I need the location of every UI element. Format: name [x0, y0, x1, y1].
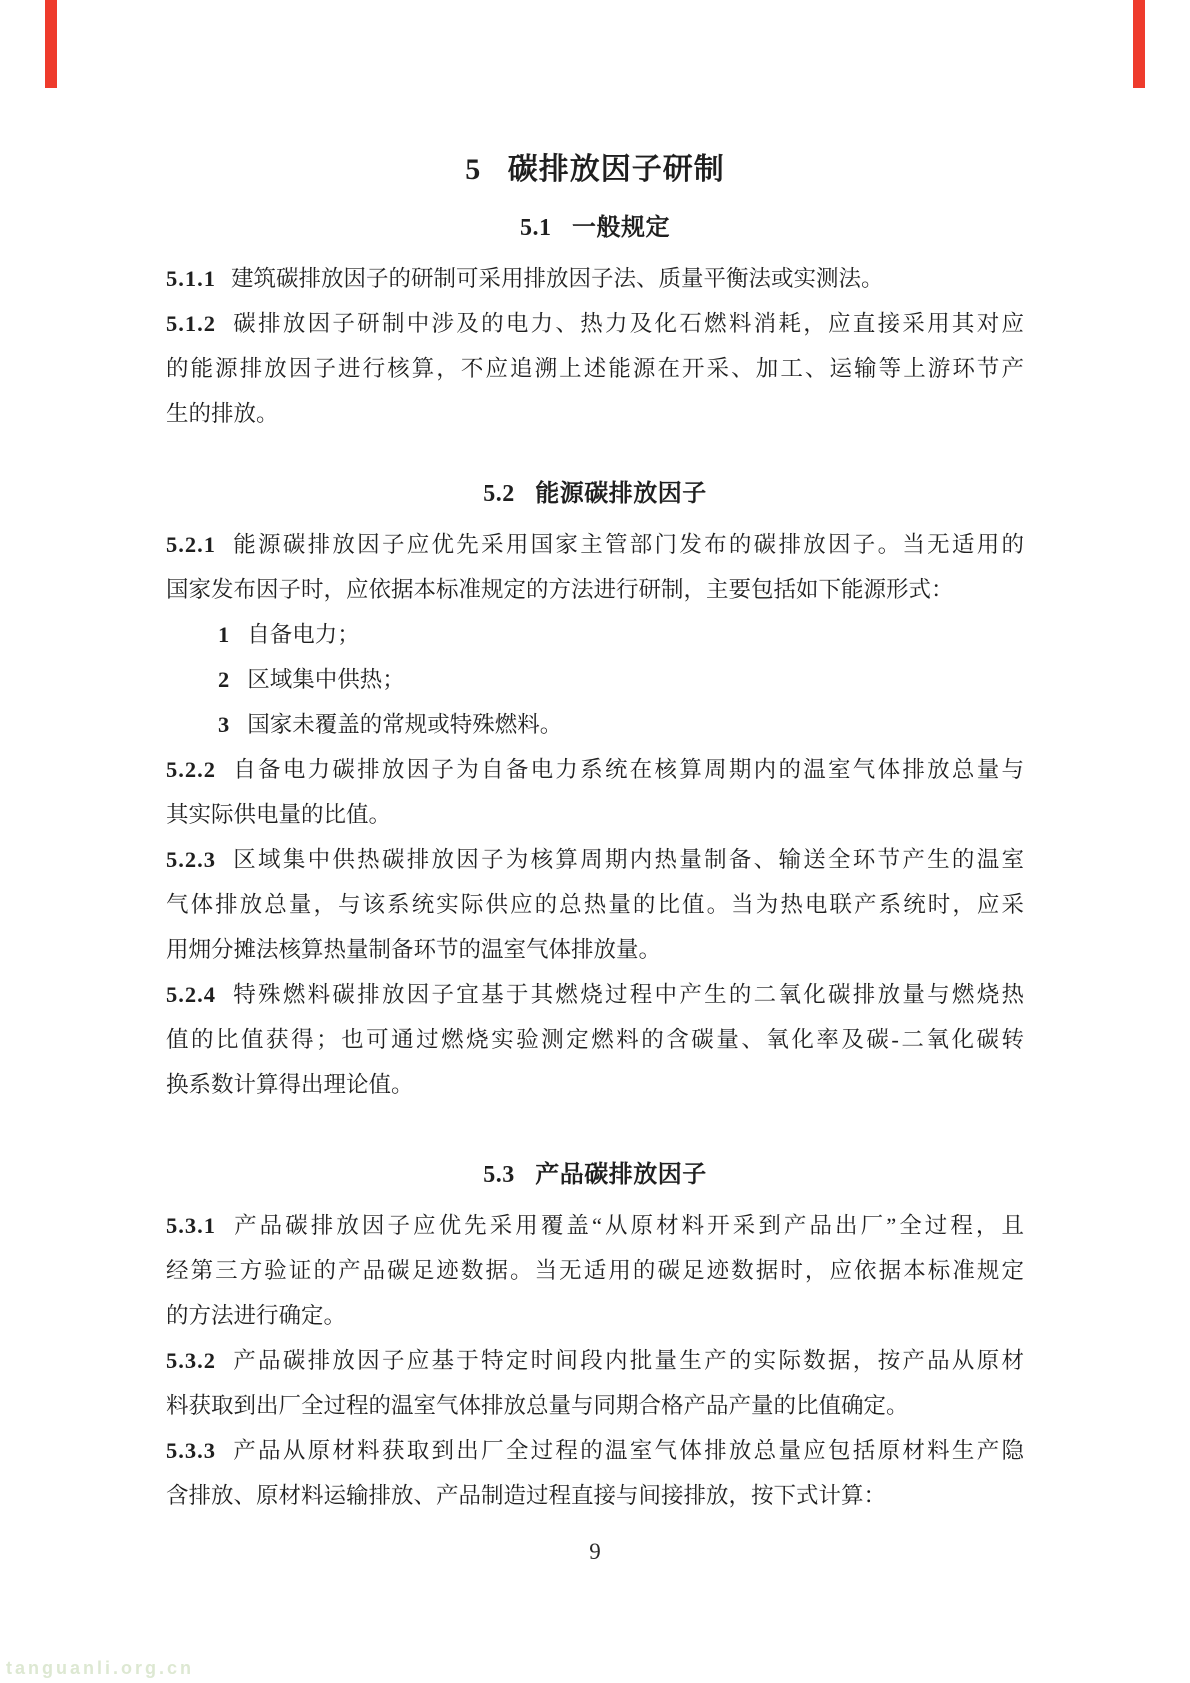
text-line: 5.3.1产品碳排放因子应优先采用覆盖“从原材料开采到产品出厂”全过程，且	[166, 1203, 1024, 1248]
list-item: 3国家未覆盖的常规或特殊燃料。	[166, 702, 1024, 747]
text-line: 5.2.2自备电力碳排放因子为自备电力系统在核算周期内的温室气体排放总量与	[166, 747, 1024, 792]
chapter-number: 5	[465, 153, 481, 186]
clause-number: 5.2.1	[166, 532, 216, 557]
clause-5-2-1: 5.2.1能源碳排放因子应优先采用国家主管部门发布的碳排放因子。当无适用的 国家…	[166, 522, 1024, 612]
clause-5-1-1: 5.1.1建筑碳排放因子的研制可采用排放因子法、质量平衡法或实测法。	[166, 256, 1024, 301]
page-number: 9	[0, 1532, 1190, 1572]
list-item-number: 1	[218, 622, 229, 647]
document-page: 5 碳排放因子研制 5.1 一般规定 5.1.1建筑碳排放因子的研制可采用排放因…	[0, 0, 1190, 1683]
section-title-text: 能源碳排放因子	[535, 481, 707, 507]
clause-5-1-2: 5.1.2碳排放因子研制中涉及的电力、热力及化石燃料消耗，应直接采用其对应 的能…	[166, 301, 1024, 436]
clause-5-3-3: 5.3.3产品从原材料获取到出厂全过程的温室气体排放总量应包括原材料生产隐 含排…	[166, 1428, 1024, 1518]
text-line: 的能源排放因子进行核算，不应追溯上述能源在开采、加工、运输等上游环节产	[166, 346, 1024, 391]
section-number: 5.3	[483, 1162, 515, 1188]
text-line: 5.1.2碳排放因子研制中涉及的电力、热力及化石燃料消耗，应直接采用其对应	[166, 301, 1024, 346]
clause-text: 碳排放因子研制中涉及的电力、热力及化石燃料消耗，应直接采用其对应	[231, 311, 1024, 336]
clause-number: 5.2.3	[166, 847, 216, 872]
clause-number: 5.2.2	[166, 757, 216, 782]
page-content: 5 碳排放因子研制 5.1 一般规定 5.1.1建筑碳排放因子的研制可采用排放因…	[166, 0, 1024, 1518]
list-item: 1自备电力；	[166, 612, 1024, 657]
clause-number: 5.3.3	[166, 1438, 216, 1463]
text-line: 含排放、原材料运输排放、产品制造过程直接与间接排放，按下式计算：	[166, 1473, 1024, 1518]
watermark: tanguanli.org.cn	[6, 1658, 194, 1679]
section-number: 5.1	[520, 215, 552, 241]
clause-number: 5.3.2	[166, 1348, 216, 1373]
clause-5-3-2: 5.3.2产品碳排放因子应基于特定时间段内批量生产的实际数据，按产品从原材 料获…	[166, 1338, 1024, 1428]
text-line: 5.3.2产品碳排放因子应基于特定时间段内批量生产的实际数据，按产品从原材	[166, 1338, 1024, 1383]
section-heading-5-3: 5.3 产品碳排放因子	[166, 1159, 1024, 1191]
clause-text: 特殊燃料碳排放因子宜基于其燃烧过程中产生的二氧化碳排放量与燃烧热	[231, 982, 1024, 1007]
section-number: 5.2	[483, 481, 515, 507]
text-line: 的方法进行确定。	[166, 1293, 1024, 1338]
list-item-text: 国家未覆盖的常规或特殊燃料。	[247, 712, 562, 737]
chapter-heading: 5 碳排放因子研制	[166, 152, 1024, 188]
text-line: 气体排放总量，与该系统实际供应的总热量的比值。当为热电联产系统时，应采	[166, 882, 1024, 927]
clause-text: 能源碳排放因子应优先采用国家主管部门发布的碳排放因子。当无适用的	[231, 532, 1024, 557]
clause-text: 产品碳排放因子应基于特定时间段内批量生产的实际数据，按产品从原材	[231, 1348, 1024, 1373]
crop-mark-left	[45, 0, 57, 88]
clause-number: 5.1.2	[166, 311, 216, 336]
text-line: 5.2.4特殊燃料碳排放因子宜基于其燃烧过程中产生的二氧化碳排放量与燃烧热	[166, 972, 1024, 1017]
section-title-text: 一般规定	[572, 215, 670, 241]
text-line: 用㶲分摊法核算热量制备环节的温室气体排放量。	[166, 927, 1024, 972]
clause-text: 区域集中供热碳排放因子为核算周期内热量制备、输送全环节产生的温室	[231, 847, 1024, 872]
text-line: 料获取到出厂全过程的温室气体排放总量与同期合格产品产量的比值确定。	[166, 1383, 1024, 1428]
clause-5-2-2: 5.2.2自备电力碳排放因子为自备电力系统在核算周期内的温室气体排放总量与 其实…	[166, 747, 1024, 837]
clause-text: 建筑碳排放因子的研制可采用排放因子法、质量平衡法或实测法。	[231, 266, 884, 291]
text-line: 值的比值获得；也可通过燃烧实验测定燃料的含碳量、氧化率及碳-二氧化碳转	[166, 1017, 1024, 1062]
text-line: 换系数计算得出理论值。	[166, 1062, 1024, 1107]
clause-text: 产品碳排放因子应优先采用覆盖“从原材料开采到产品出厂”全过程，且	[231, 1213, 1024, 1238]
text-line: 其实际供电量的比值。	[166, 792, 1024, 837]
list-item-text: 区域集中供热；	[247, 667, 405, 692]
text-line: 5.3.3产品从原材料获取到出厂全过程的温室气体排放总量应包括原材料生产隐	[166, 1428, 1024, 1473]
clause-number: 5.1.1	[166, 266, 216, 291]
text-line: 5.1.1建筑碳排放因子的研制可采用排放因子法、质量平衡法或实测法。	[166, 256, 1024, 301]
clause-text: 产品从原材料获取到出厂全过程的温室气体排放总量应包括原材料生产隐	[231, 1438, 1024, 1463]
section-title-text: 产品碳排放因子	[535, 1162, 707, 1188]
clause-5-2-3: 5.2.3区域集中供热碳排放因子为核算周期内热量制备、输送全环节产生的温室 气体…	[166, 837, 1024, 972]
text-line: 生的排放。	[166, 391, 1024, 436]
clause-text: 自备电力碳排放因子为自备电力系统在核算周期内的温室气体排放总量与	[231, 757, 1024, 782]
text-line: 国家发布因子时，应依据本标准规定的方法进行研制，主要包括如下能源形式：	[166, 567, 1024, 612]
list-item-text: 自备电力；	[247, 622, 360, 647]
clause-number: 5.2.4	[166, 982, 216, 1007]
text-line: 5.2.3区域集中供热碳排放因子为核算周期内热量制备、输送全环节产生的温室	[166, 837, 1024, 882]
crop-mark-right	[1133, 0, 1145, 88]
text-line: 经第三方验证的产品碳足迹数据。当无适用的碳足迹数据时，应依据本标准规定	[166, 1248, 1024, 1293]
list-item: 2区域集中供热；	[166, 657, 1024, 702]
clause-5-3-1: 5.3.1产品碳排放因子应优先采用覆盖“从原材料开采到产品出厂”全过程，且 经第…	[166, 1203, 1024, 1338]
section-heading-5-2: 5.2 能源碳排放因子	[166, 478, 1024, 510]
text-line: 5.2.1能源碳排放因子应优先采用国家主管部门发布的碳排放因子。当无适用的	[166, 522, 1024, 567]
chapter-title-text: 碳排放因子研制	[508, 153, 725, 186]
section-heading-5-1: 5.1 一般规定	[166, 212, 1024, 244]
clause-5-2-4: 5.2.4特殊燃料碳排放因子宜基于其燃烧过程中产生的二氧化碳排放量与燃烧热 值的…	[166, 972, 1024, 1107]
clause-number: 5.3.1	[166, 1213, 216, 1238]
list-item-number: 3	[218, 712, 229, 737]
list-item-number: 2	[218, 667, 229, 692]
